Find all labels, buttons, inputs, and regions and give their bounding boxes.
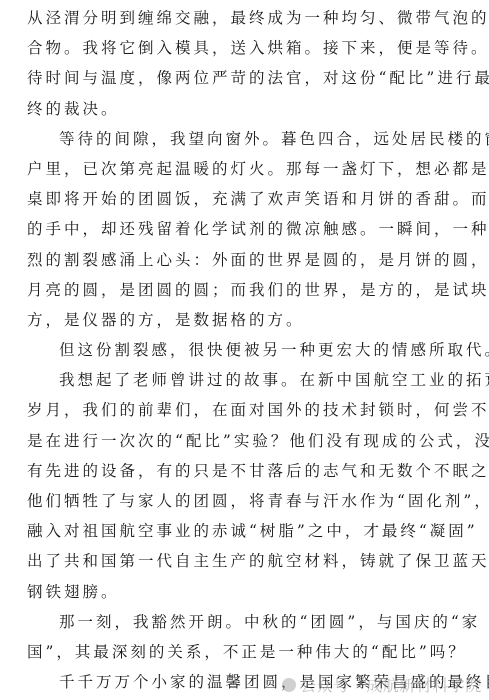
text-line: 合物。我将它倒入模具，送入烘箱。接下来，便是等待。等 bbox=[27, 33, 437, 63]
text-line: 岁月，我们的前辈们，在面对国外的技术封锁时，何尝不也 bbox=[27, 395, 437, 425]
text-line: 从泾渭分明到缠绵交融，最终成为一种均匀、微带气泡的混 bbox=[27, 3, 437, 33]
text-line: 那一刻，我豁然开朗。中秋的“团圆”，与国庆的“家 bbox=[27, 607, 437, 637]
wechat-icon bbox=[282, 678, 296, 692]
text-line: 方，是仪器的方，是数据格的方。 bbox=[27, 305, 437, 335]
text-line: 月亮的圆，是团圆的圆；而我们的世界，是方的，是试块的 bbox=[27, 275, 437, 305]
text-line: 终的裁决。 bbox=[27, 94, 437, 124]
text-line: 我想起了老师曾讲过的故事。在新中国航空工业的拓荒 bbox=[27, 365, 437, 395]
text-line: 是在进行一次次的“配比”实验？他们没有现成的公式，没 bbox=[27, 426, 437, 456]
text-line: 烈的割裂感涌上心头：外面的世界是圆的，是月饼的圆，是 bbox=[27, 245, 437, 275]
text-line: 融入对祖国航空事业的赤诚“树脂”之中，才最终“凝固” bbox=[27, 516, 437, 546]
text-line: 等待的间隙，我望向窗外。暮色四合，远处居民楼的窗 bbox=[27, 124, 437, 154]
text-line: 但这份割裂感，很快便被另一种更宏大的情感所取代。 bbox=[27, 335, 437, 365]
watermark-text: 公众号 · 成航新材料学院 bbox=[300, 673, 482, 696]
watermark: 公众号 · 成航新材料学院 bbox=[282, 673, 482, 696]
document-body: 从泾渭分明到缠绵交融，最终成为一种均匀、微带气泡的混 合物。我将它倒入模具，送入… bbox=[27, 3, 437, 697]
text-line: 桌即将开始的团圆饭，充满了欢声笑语和月饼的香甜。而我 bbox=[27, 184, 437, 214]
text-line: 出了共和国第一代自主生产的航空材料，铸就了保卫蓝天的 bbox=[27, 546, 437, 576]
text-line: 国”，其最深刻的关系，不正是一种伟大的“配比”吗？ bbox=[27, 637, 437, 667]
text-line: 的手中，却还残留着化学试剂的微凉触感。一瞬间，一种强 bbox=[27, 214, 437, 244]
text-line: 待时间与温度，像两位严苛的法官，对这份“配比”进行最 bbox=[27, 63, 437, 93]
text-line: 有先进的设备，有的只是不甘落后的志气和无数个不眠之夜。 bbox=[27, 456, 437, 486]
text-line: 他们牺牲了与家人的团圆，将青春与汗水作为“固化剂”， bbox=[27, 486, 437, 516]
text-line: 钢铁翅膀。 bbox=[27, 577, 437, 607]
text-line: 户里，已次第亮起温暖的灯火。那每一盏灯下，想必都是一 bbox=[27, 154, 437, 184]
